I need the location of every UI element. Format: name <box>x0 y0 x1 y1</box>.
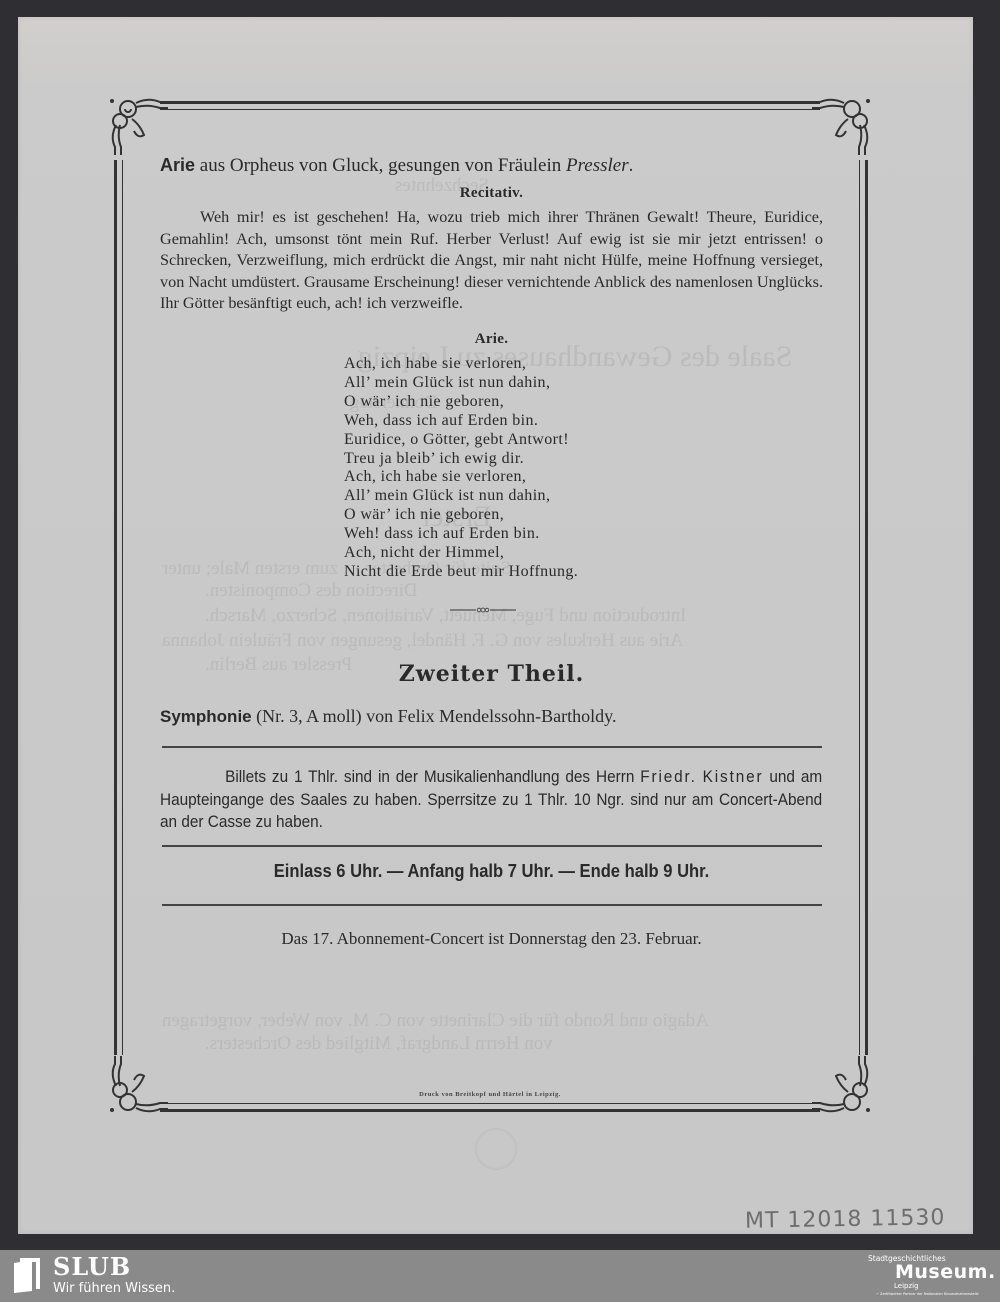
arie-verse: Ach, ich habe sie verloren, All’ mein Gl… <box>344 355 578 582</box>
divider-rule <box>162 746 822 748</box>
museum-partner-note: ✓ Zertifizierter Partner der Nationalen … <box>876 1292 979 1296</box>
symphony-label: Symphonie <box>160 707 252 726</box>
arie-heading: Arie. <box>160 331 823 348</box>
embossed-stamp <box>475 1128 517 1170</box>
slub-logo-text: SLUB <box>53 1252 131 1281</box>
corner-flourish-icon <box>108 1056 168 1116</box>
corner-flourish-icon <box>812 1056 872 1116</box>
ticket-info: Billets zu 1 Thlr. sind in der Musikalie… <box>160 766 822 834</box>
symphony-details: (Nr. 3, A moll) von Felix Mendelssohn-Ba… <box>252 706 617 726</box>
singer-name: Pressler <box>566 155 629 176</box>
verse-line: O wär’ ich nie geboren, <box>344 393 578 412</box>
verse-line: Weh! dass ich auf Erden bin. <box>344 525 578 544</box>
aria-title: Arie aus Orpheus von Gluck, gesungen von… <box>160 155 823 177</box>
corner-flourish-icon <box>812 95 872 155</box>
verse-line: All’ mein Glück ist nun dahin, <box>344 374 578 393</box>
aria-title-end: . <box>629 155 634 176</box>
aria-title-bold: Arie <box>160 155 195 175</box>
verse-line: Nicht die Erde beut mir Hoffnung. <box>344 563 578 582</box>
slub-book-logo-icon <box>12 1257 42 1293</box>
symphony-line: Symphonie (Nr. 3, A moll) von Felix Mend… <box>160 706 616 727</box>
verse-line: Ach, ich habe sie verloren, <box>344 355 578 374</box>
concert-times: Einlass 6 Uhr. — Anfang halb 7 Uhr. — En… <box>187 861 797 882</box>
handwritten-shelfmark: MT 12018 11530 <box>745 1205 946 1233</box>
verse-line: O wär’ ich nie geboren, <box>344 506 578 525</box>
verse-line: Ach, nicht der Himmel, <box>344 544 578 563</box>
museum-logo-text: Museum. <box>895 1261 996 1283</box>
aria-title-text: aus Orpheus von Gluck, gesungen von Fräu… <box>195 155 566 176</box>
recitativ-heading: Recitativ. <box>160 185 823 202</box>
corner-flourish-icon <box>108 95 168 155</box>
verse-line: All’ mein Glück ist nun dahin, <box>344 487 578 506</box>
footer-banner: SLUB Wir führen Wissen. Stadtgeschichtli… <box>0 1250 1000 1302</box>
verse-line: Treu ja bleib’ ich ewig dir. <box>344 450 578 469</box>
museum-city: Leipzig <box>894 1282 919 1290</box>
dealer-first-name: Friedr. <box>640 768 697 786</box>
part-two-heading: Zweiter Theil. <box>160 661 823 687</box>
slub-tagline: Wir führen Wissen. <box>53 1281 175 1296</box>
printer-imprint: Druck von Breitkopf und Härtel in Leipzi… <box>360 1091 620 1098</box>
next-concert-notice: Das 17. Abonnement-Concert ist Donnersta… <box>160 929 823 949</box>
dealer-last-name: Kistner <box>703 768 764 786</box>
ticket-text: Billets zu 1 Thlr. sind in der Musikalie… <box>225 768 640 786</box>
divider-rule <box>162 845 822 847</box>
section-divider-ornament-icon <box>450 607 516 613</box>
recitativ-text: Weh mir! es ist geschehen! Ha, wozu trie… <box>160 207 823 315</box>
verse-line: Ach, ich habe sie verloren, <box>344 468 578 487</box>
divider-rule <box>162 904 822 906</box>
verse-line: Euridice, o Götter, gebt Antwort! <box>344 431 578 450</box>
verse-line: Weh, dass ich auf Erden bin. <box>344 412 578 431</box>
